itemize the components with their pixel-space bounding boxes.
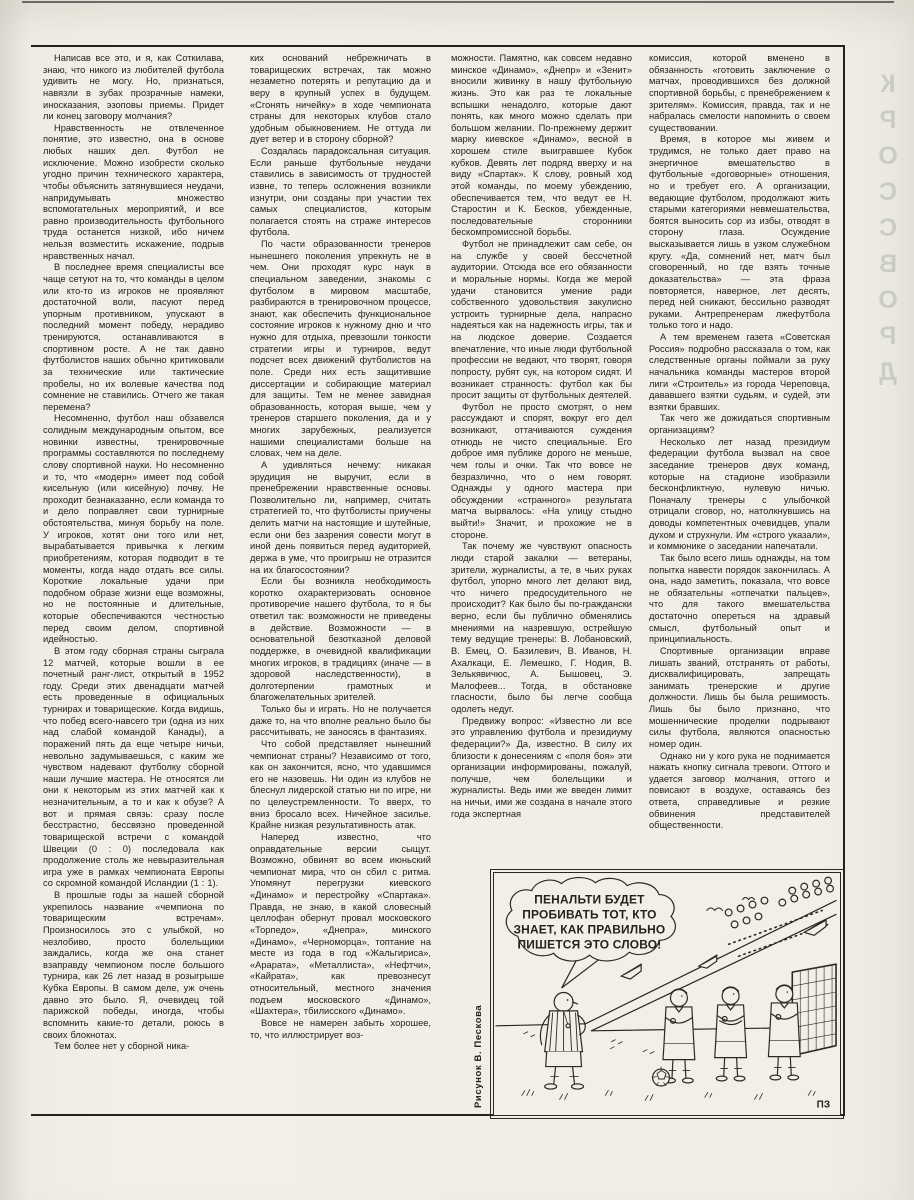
paragraph: Вовсе не намерен забыть хорошее, то, что… (250, 1018, 431, 1041)
paragraph: Наперед известно, что оправдательные вер… (250, 832, 431, 1018)
paragraph: Спортивные организации вправе лишать зва… (649, 646, 830, 751)
svg-text:ЗНАЕТ, КАК ПРАВИЛЬНО: ЗНАЕТ, КАК ПРАВИЛЬНО (514, 922, 666, 936)
svg-text:ПРОБИВАТЬ ТОТ, КТО: ПРОБИВАТЬ ТОТ, КТО (522, 907, 656, 921)
page-top-edge (22, 1, 894, 3)
referee-figure (540, 993, 585, 1090)
text-column-2: ких оснований небрежничать в товарищески… (250, 53, 431, 1106)
paragraph: Что собой представляет нынешний чемпиона… (250, 739, 431, 832)
paragraph: Несколько лет назад президиум федерации … (649, 437, 830, 553)
paragraph: Тем более нет у сборной ника- (43, 1041, 224, 1053)
paragraph: Футбол не принадлежит сам себе, он на сл… (451, 239, 632, 402)
crowd-dots (725, 877, 833, 928)
svg-text:ПИШЕТСЯ ЭТО СЛОВО!: ПИШЕТСЯ ЭТО СЛОВО! (517, 937, 661, 951)
paragraph: А тем временем газета «Советская Россия»… (649, 332, 830, 413)
paragraph: Так было всего лишь однажды, на том попы… (649, 553, 830, 646)
paragraph: Так почему же чувствуют опасность люди с… (451, 541, 632, 715)
speech-bubble: ПЕНАЛЬТИ БУДЕТ ПРОБИВАТЬ ТОТ, КТО ЗНАЕТ,… (506, 878, 675, 988)
text-column-4: комиссия, которой вменено в обязанность … (649, 53, 830, 859)
artist-monogram: ПЗ (817, 1099, 830, 1110)
paragraph: ких оснований небрежничать в товарищески… (250, 53, 431, 146)
player-figures (663, 985, 800, 1083)
paragraph: Если бы возникла необходимость коротко о… (250, 576, 431, 704)
player-2 (715, 987, 747, 1081)
text-column-3: можности. Памятно, как совсем недавно ми… (451, 53, 632, 859)
paragraph: В последнее время специалисты все чаще с… (43, 262, 224, 413)
paragraph: комиссия, которой вменено в обязанность … (649, 53, 830, 134)
paragraph: Создалась парадоксальная ситуация. Если … (250, 146, 431, 239)
cartoon-illustration: ПЕНАЛЬТИ БУДЕТ ПРОБИВАТЬ ТОТ, КТО ЗНАЕТ,… (494, 873, 840, 1115)
paragraph: Несомненно, футбол наш обзавелся солидны… (43, 413, 224, 646)
cartoon-panel: ПЕНАЛЬТИ БУДЕТ ПРОБИВАТЬ ТОТ, КТО ЗНАЕТ,… (493, 872, 841, 1116)
svg-text:ПЕНАЛЬТИ БУДЕТ: ПЕНАЛЬТИ БУДЕТ (534, 893, 645, 907)
bird-icons (707, 898, 755, 911)
paragraph: Однако ни у кого рука не поднимается наж… (649, 751, 830, 832)
paragraph: Предвижу вопрос: «Известно ли все это уп… (451, 716, 632, 821)
paragraph: Время, в которое мы живем и трудимся, не… (649, 134, 830, 332)
paragraph: Только бы и играть. Но не получается даж… (250, 704, 431, 739)
paragraph: В этом году сборная страны сыграла 12 ма… (43, 646, 224, 890)
soccer-ball-icon (652, 1067, 670, 1086)
paragraph: По части образованности тренеров нынешне… (250, 239, 431, 460)
cartoon-caption: Рисунок В. Пескова (473, 1005, 484, 1108)
paragraph: Нравственность не отвлеченное понятие, э… (43, 123, 224, 263)
top-rule (31, 45, 845, 47)
paragraph: В прошлые годы за нашей сборной укрепило… (43, 890, 224, 1041)
paragraph: Футбол не просто смотрят, о нем рассужда… (451, 402, 632, 542)
player-1 (663, 989, 695, 1083)
paragraph: Так чего же дожидаться спортивным органи… (649, 413, 830, 436)
paragraph: А удивляться нечему: никакая эрудиция не… (250, 460, 431, 576)
paragraph: можности. Памятно, как совсем недавно ми… (451, 53, 632, 239)
ghost-showthrough-text: КРОССВОРД (877, 66, 899, 390)
paragraph: Написав все это, и я, как Соткилава, зна… (43, 53, 224, 123)
bubble-text: ПЕНАЛЬТИ БУДЕТ ПРОБИВАТЬ ТОТ, КТО ЗНАЕТ,… (514, 893, 666, 952)
text-column-1: Написав все это, и я, как Соткилава, зна… (43, 53, 224, 1106)
right-column-rule (843, 45, 845, 1116)
